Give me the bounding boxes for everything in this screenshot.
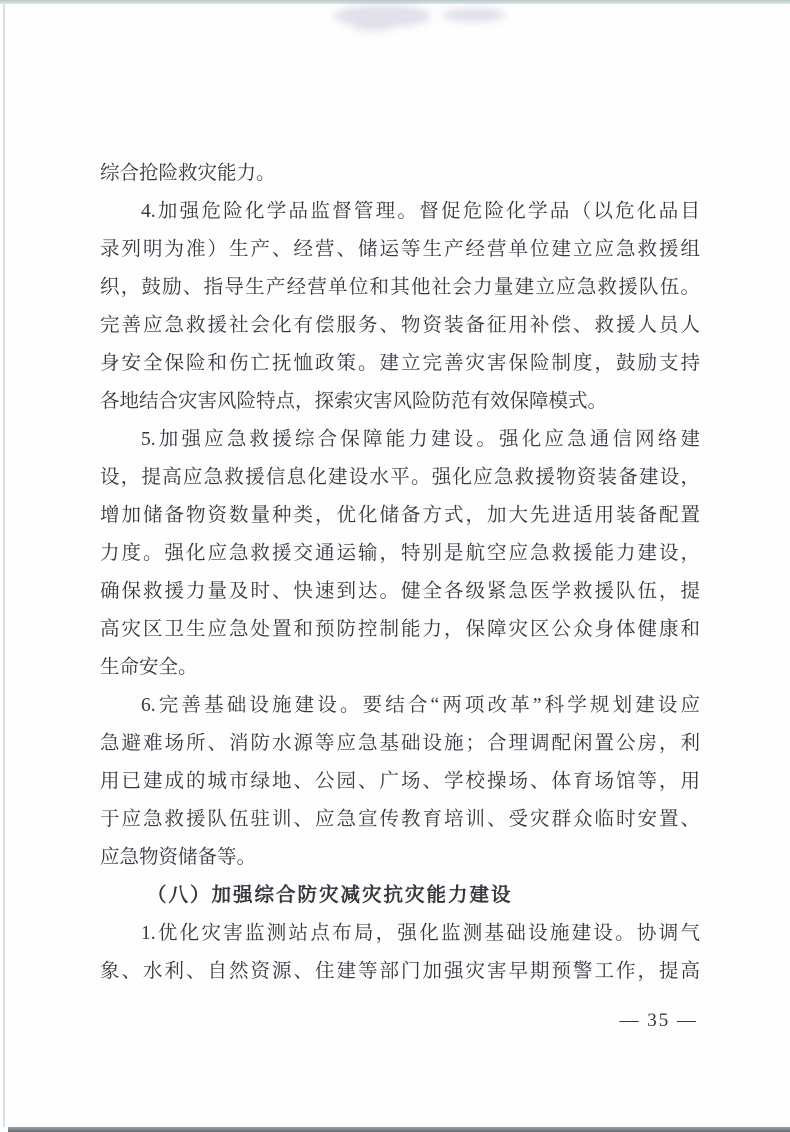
text-line: 完善应急救援社会化有偿服务、物资装备征用补偿、救援人员人 bbox=[100, 307, 700, 345]
scan-artifact bbox=[352, 24, 392, 32]
text-line: 于应急救援队伍驻训、应急宣传教育培训、受灾群众临时安置、 bbox=[100, 801, 700, 839]
text-line: 各地结合灾害风险特点，探索灾害风险防范有效保障模式。 bbox=[100, 383, 700, 421]
scan-artifact bbox=[443, 8, 505, 22]
scan-edge-bottom bbox=[8, 1127, 790, 1132]
text-line: 高灾区卫生应急处置和预防控制能力，保障灾区公众身体健康和 bbox=[100, 611, 700, 649]
section-heading: （八）加强综合防灾减灾抗灾能力建设 bbox=[100, 877, 700, 915]
text-line: 6.完善基础设施建设。要结合“两项改革”科学规划建设应 bbox=[100, 687, 700, 725]
text-line: 增加储备物资数量种类，优化储备方式，加大先进适用装备配置 bbox=[100, 497, 700, 535]
text-line: 1.优化灾害监测站点布局，强化监测基础设施建设。协调气 bbox=[100, 915, 700, 953]
document-body: 综合抢险救灾能力。4.加强危险化学品监督管理。督促危险化学品（以危化品目录列明为… bbox=[100, 155, 700, 991]
text-line: 身安全保险和伤亡抚恤政策。建立完善灾害保险制度，鼓励支持 bbox=[100, 345, 700, 383]
page-number: — 35 — bbox=[620, 1008, 699, 1034]
text-line: 急避难场所、消防水源等应急基础设施；合理调配闲置公房，利 bbox=[100, 725, 700, 763]
text-line: 织，鼓励、指导生产经营单位和其他社会力量建立应急救援队伍。 bbox=[100, 269, 700, 307]
text-line: 应急物资储备等。 bbox=[100, 839, 700, 877]
scan-edge-left bbox=[3, 4, 5, 1127]
scan-edge-top bbox=[0, 0, 790, 4]
text-line: 录列明为准）生产、经营、储运等生产经营单位建立应急救援组 bbox=[100, 231, 700, 269]
scanned-document-page: 综合抢险救灾能力。4.加强危险化学品监督管理。督促危险化学品（以危化品目录列明为… bbox=[0, 0, 790, 1132]
text-line: 确保救援力量及时、快速到达。健全各级紧急医学救援队伍，提 bbox=[100, 573, 700, 611]
text-line: 5.加强应急救援综合保障能力建设。强化应急通信网络建 bbox=[100, 421, 700, 459]
text-line: 生命安全。 bbox=[100, 649, 700, 687]
text-line: 力度。强化应急救援交通运输，特别是航空应急救援能力建设， bbox=[100, 535, 700, 573]
text-line: 综合抢险救灾能力。 bbox=[100, 155, 700, 193]
text-line: 4.加强危险化学品监督管理。督促危险化学品（以危化品目 bbox=[100, 193, 700, 231]
text-line: 象、水利、自然资源、住建等部门加强灾害早期预警工作，提高 bbox=[100, 953, 700, 991]
text-line: 用已建成的城市绿地、公园、广场、学校操场、体育场馆等，用 bbox=[100, 763, 700, 801]
text-line: 设，提高应急救援信息化建设水平。强化应急救援物资装备建设， bbox=[100, 459, 700, 497]
